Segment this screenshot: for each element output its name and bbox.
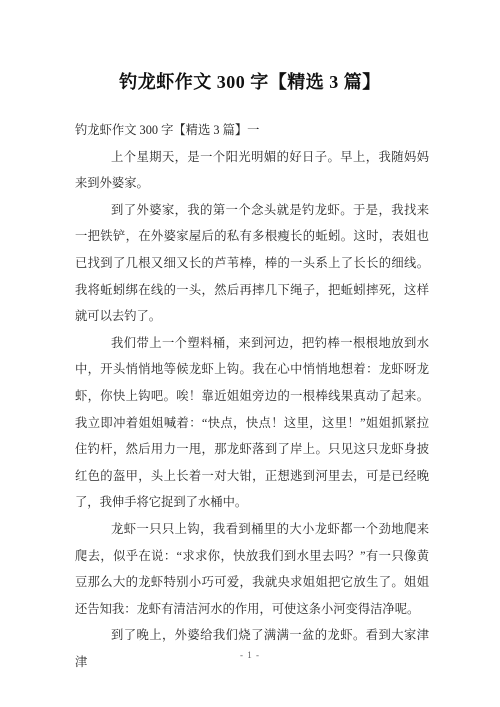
page-number: - 1 - [0, 650, 500, 660]
body-paragraph-2: 到了外婆家，我的第一个念头就是钓龙虾。于是，我找来一把铁铲，在外婆家屋后的私有多… [75, 197, 429, 330]
subtitle-line: 钓龙虾作文 300 字【精选 3 篇】一 [75, 117, 429, 144]
document-title: 钓龙虾作文 300 字【精选 3 篇】 [0, 0, 500, 96]
body-paragraph-5: 到了晚上，外婆给我们烧了满满一盆的龙虾。看到大家津津 [75, 622, 429, 675]
document-page: 钓龙虾作文 300 字【精选 3 篇】 钓龙虾作文 300 字【精选 3 篇】一… [0, 0, 500, 707]
document-body: 钓龙虾作文 300 字【精选 3 篇】一 上个星期天，是一个阳光明媚的好日子。早… [75, 117, 429, 675]
body-paragraph-3: 我们带上一个塑料桶，来到河边，把钓棒一根根地放到水中，开头悄悄地等候龙虾上钩。我… [75, 330, 429, 516]
body-paragraph-4: 龙虾一只只上钩，我看到桶里的大小龙虾都一个劲地爬来爬去，似乎在说：“求求你，快放… [75, 516, 429, 622]
body-paragraph-1: 上个星期天，是一个阳光明媚的好日子。早上，我随妈妈来到外婆家。 [75, 144, 429, 197]
